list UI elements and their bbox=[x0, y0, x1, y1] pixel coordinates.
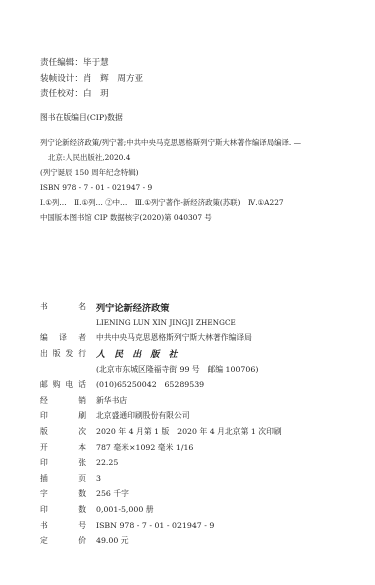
colophon-title: 书名 列宁论新经济政策 bbox=[40, 299, 282, 315]
label: 装帧设计： bbox=[40, 74, 83, 84]
value: 787 毫米×1092 毫米 1/16 bbox=[96, 442, 193, 453]
colophon-pinyin: LIENING LUN XIN JINGJI ZHENGCE bbox=[40, 315, 282, 331]
label: 字数 bbox=[40, 488, 86, 499]
book-title-pinyin: LIENING LUN XIN JINGJI ZHENGCE bbox=[96, 318, 236, 327]
cover-design: 装帧设计：肖 辉 周方亚 bbox=[40, 72, 143, 88]
value: 256 千字 bbox=[96, 488, 129, 499]
colophon-address: (北京市东城区隆福寺街 99 号 邮编 100706) bbox=[40, 361, 282, 377]
colophon-block: 书名 列宁论新经济政策 LIENING LUN XIN JINGJI ZHENG… bbox=[40, 299, 282, 549]
colophon-distributor: 经销 新华书店 bbox=[40, 393, 282, 409]
label: 责任校对： bbox=[40, 89, 83, 99]
label: 印刷 bbox=[40, 410, 86, 421]
value: 0,001-5,000 册 bbox=[96, 504, 154, 515]
cip-line: Ⅰ.①列… Ⅱ.①列… ②中… Ⅲ.①列宁著作-新经济政策(苏联) Ⅳ.①A22… bbox=[40, 195, 301, 210]
value: 新华书店 bbox=[96, 395, 127, 406]
cip-line: (列宁诞辰 150 周年纪念特辑) bbox=[40, 165, 301, 180]
cip-block: 列宁论新经济政策/列宁著;中共中央马克思恩格斯列宁斯大林著作编译局编译. — 北… bbox=[40, 135, 301, 225]
colophon-translator: 编译者 中共中央马克思恩格斯列宁斯大林著作编译局 bbox=[40, 330, 282, 346]
colophon-isbn: 书号 ISBN 978 - 7 - 01 - 021947 - 9 bbox=[40, 517, 282, 533]
label: 经销 bbox=[40, 395, 86, 406]
cip-line: 北京:人民出版社,2020.4 bbox=[40, 150, 301, 165]
value: ISBN 978 - 7 - 01 - 021947 - 9 bbox=[96, 521, 214, 530]
label: 出版发行 bbox=[40, 348, 86, 359]
value: (北京市东城区隆福寺街 99 号 邮编 100706) bbox=[96, 364, 258, 375]
cip-line: 列宁论新经济政策/列宁著;中共中央马克思恩格斯列宁斯大林著作编译局编译. — bbox=[40, 135, 301, 150]
label: 定价 bbox=[40, 535, 86, 546]
label: 插页 bbox=[40, 473, 86, 484]
value: 22.25 bbox=[96, 458, 118, 467]
responsible-proofreader: 责任校对：白 玥 bbox=[40, 87, 143, 103]
label: 书号 bbox=[40, 520, 86, 531]
label: 印张 bbox=[40, 457, 86, 468]
value: 中共中央马克思恩格斯列宁斯大林著作编译局 bbox=[96, 332, 252, 343]
colophon-sheets: 印张 22.25 bbox=[40, 455, 282, 471]
colophon-phone: 邮购电话 (010)65250042 65289539 bbox=[40, 377, 282, 393]
label: 编译者 bbox=[40, 332, 86, 343]
cip-title: 图书在版编目(CIP)数据 bbox=[40, 112, 123, 123]
value: 3 bbox=[96, 474, 101, 483]
colophon-printer: 印刷 北京盛通印刷股份有限公司 bbox=[40, 408, 282, 424]
label: 版次 bbox=[40, 426, 86, 437]
label: 印数 bbox=[40, 504, 86, 515]
colophon-word-count: 字数 256 千字 bbox=[40, 486, 282, 502]
colophon-price: 定价 49.00 元 bbox=[40, 533, 282, 549]
value: 北京盛通印刷股份有限公司 bbox=[96, 410, 190, 421]
label: 邮购电话 bbox=[40, 379, 86, 390]
responsible-editor: 责任编辑：毕于慧 bbox=[40, 56, 143, 72]
value: 49.00 元 bbox=[96, 535, 129, 546]
colophon-print-run: 印数 0,001-5,000 册 bbox=[40, 502, 282, 518]
book-title: 列宁论新经济政策 bbox=[96, 300, 170, 314]
value: 毕于慧 bbox=[83, 58, 109, 68]
label: 书名 bbox=[40, 301, 86, 312]
colophon-plates: 插页 3 bbox=[40, 471, 282, 487]
value: 白 玥 bbox=[83, 89, 109, 99]
label: 责任编辑： bbox=[40, 58, 83, 68]
colophon-edition: 版次 2020 年 4 月第 1 版 2020 年 4 月北京第 1 次印刷 bbox=[40, 424, 282, 440]
credits-block: 责任编辑：毕于慧 装帧设计：肖 辉 周方亚 责任校对：白 玥 bbox=[40, 56, 143, 103]
colophon-format: 开本 787 毫米×1092 毫米 1/16 bbox=[40, 439, 282, 455]
label: 开本 bbox=[40, 442, 86, 453]
publisher-logo: 人 民 出 版 社 bbox=[96, 347, 181, 360]
colophon-publisher: 出版发行 人 民 出 版 社 bbox=[40, 346, 282, 362]
value: 2020 年 4 月第 1 版 2020 年 4 月北京第 1 次印刷 bbox=[96, 426, 282, 437]
copyright-page: 责任编辑：毕于慧 装帧设计：肖 辉 周方亚 责任校对：白 玥 图书在版编目(CI… bbox=[0, 0, 375, 585]
value: (010)65250042 65289539 bbox=[96, 379, 204, 390]
cip-line: 中国版本图书馆 CIP 数据核字(2020)第 040307 号 bbox=[40, 210, 301, 225]
cip-line: ISBN 978 - 7 - 01 - 021947 - 9 bbox=[40, 180, 301, 195]
value: 肖 辉 周方亚 bbox=[83, 74, 143, 84]
